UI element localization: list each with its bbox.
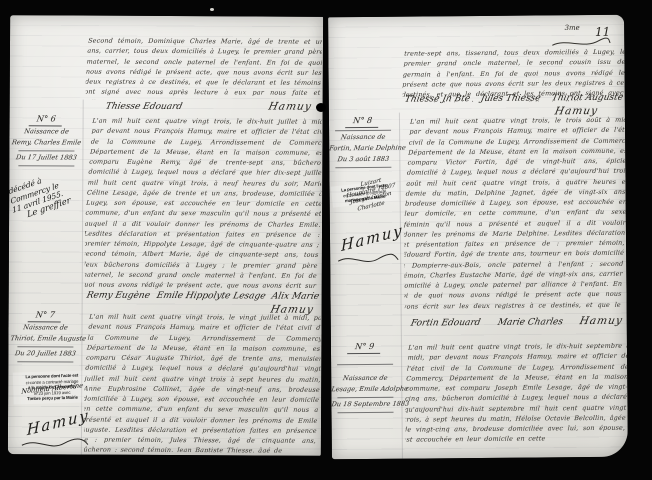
act-margin-date: Du 17 Juillet 1883 <box>11 152 83 163</box>
witness-signature: Emile Hippolyte Lesage <box>155 291 266 302</box>
margin-separator <box>17 361 73 362</box>
act-margin-date: Du 18 Septembre 1883 <box>331 399 400 411</box>
act-8-body: L'an mil huit cent quatre vingt trois, l… <box>403 115 627 313</box>
act-margin-label: Naissance de <box>328 132 397 144</box>
act-9-body: L'an mil huit cent quatre vingt trois, l… <box>405 341 628 455</box>
act-margin-name: Fortin, Marie Delphine <box>328 143 397 155</box>
act-continuation-text: Second témoin, Dominique Charles Marie, … <box>86 36 322 101</box>
act-continuation-body: Second témoin, Dominique Charles Marie, … <box>86 36 322 101</box>
act-8-signatures: Fortin Edouard Marie Charles Hamuy <box>411 315 623 329</box>
witness-signature: Jules Thiesse <box>480 93 542 104</box>
stamp-handwritten-block: Luizart Houplatre 14807 Joseph Gaston Ch… <box>346 175 395 217</box>
page-header-notation: 3me <box>565 24 580 32</box>
act-continuation-signatures: Thiesse Edouard Hamuy <box>106 100 312 113</box>
stamp-line: Timbre perçu par la Mairie <box>13 395 91 403</box>
witness-signature: Thiesse Edouard <box>105 102 184 112</box>
margin-separator <box>335 167 391 168</box>
act-number: N° 8 <box>346 115 381 128</box>
act-9-text: L'an mil huit cent quatre vingt trois, l… <box>405 341 628 445</box>
act-6-body: L'an mil huit cent quatre vingt trois, l… <box>85 116 322 291</box>
act-number: N° 7 <box>28 309 63 322</box>
act-7-body: L'an mil huit cent quatre vingt trois, l… <box>84 312 321 453</box>
act-margin-label: Naissance de <box>11 126 83 137</box>
witness-signature: Remy Eugène <box>86 291 151 301</box>
officer-signature: Hamuy <box>578 315 624 327</box>
marriage-mention-stamp: La personne dont l'acte est ci-contre a … <box>331 179 399 207</box>
act-margin-name: Lesage, Emile Adolphe <box>331 384 400 396</box>
act-6-signatures: Remy Eugène Emile Hippolyte Lesage Alix … <box>87 291 319 302</box>
act-7-margin: N° 7 Naissance de Thiriot, Emile Auguste… <box>10 309 80 363</box>
witness-signature: Marie Charles <box>496 317 563 328</box>
act-continuation-signatures: Thiesse Jn Bte Jules Thiesse Thiriot Aug… <box>405 93 623 105</box>
act-margin-label: Naissance de <box>10 322 82 333</box>
scan-speck <box>210 8 214 11</box>
witness-signature: Alix Marie <box>270 292 319 302</box>
act-6-text: L'an mil huit cent quatre vingt trois, l… <box>85 116 322 291</box>
signature-swash <box>20 435 90 451</box>
witness-signature: Thiriot Auguste <box>551 93 624 104</box>
witness-signature: Fortin Edouard <box>410 318 482 329</box>
act-margin-date: Du 20 Juillet 1883 <box>10 348 82 359</box>
act-6-margin: N° 6 Naissance de Remy, Charles Emile Du… <box>11 113 81 167</box>
act-margin-date: Du 3 août 1883 <box>329 154 398 166</box>
scanned-register-spread: Second témoin, Dominique Charles Marie, … <box>0 0 652 480</box>
signature-swash <box>336 251 400 268</box>
act-8-text: L'an mil huit cent quatre vingt trois, l… <box>403 115 627 313</box>
witness-signature: Thiesse Jn Bte <box>404 94 471 105</box>
act-number: N° 9 <box>348 341 383 354</box>
act-margin-label: Naissance de <box>331 373 400 385</box>
act-number: N° 6 <box>29 113 64 126</box>
act-9-margin: N° 9 Naissance de Lesage, Emile Adolphe … <box>331 341 400 415</box>
act-margin-name: Remy, Charles Emile <box>11 137 83 148</box>
register-page-left: Second témoin, Dominique Charles Marie, … <box>8 15 323 456</box>
act-8-margin: N° 8 Naissance de Fortin, Marie Delphine… <box>329 115 397 170</box>
marriage-mention-stamp: La personne dont l'acte est ci-contre a … <box>13 370 92 404</box>
act-margin-name: Thiriot, Emile Auguste <box>10 333 82 344</box>
margin-separator <box>338 412 394 413</box>
act-7-text: L'an mil huit cent quatre vingt trois, l… <box>84 312 321 453</box>
officer-signature: Hamuy <box>267 101 313 113</box>
margin-separator <box>337 364 393 365</box>
register-page-right: 3me 11 trente-sept ans, tisserand, tous … <box>328 15 628 460</box>
hole-punch <box>316 103 326 112</box>
